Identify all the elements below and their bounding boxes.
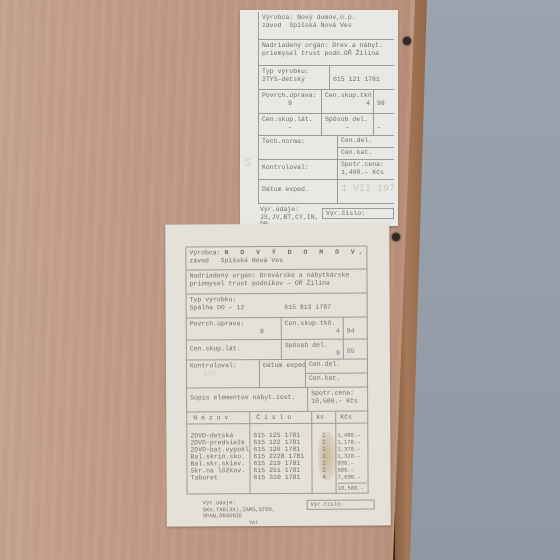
authority-label: Nadriadený orgán:	[262, 42, 328, 49]
elements-list-block: Súpis elementov nábyt.zost.	[186, 388, 308, 413]
retail-price-block: Spotr.cena: 1,400.– Kčs	[338, 160, 394, 180]
price-group-fabric-value: 4	[285, 327, 340, 335]
price-group-fabric-block: Cen.skup.tkň. 4	[322, 90, 374, 114]
delivery-extra-block: 55	[344, 340, 368, 360]
price-group-leather-value: –	[262, 124, 318, 132]
dispatch-stamp-text: 1 VII 1977	[341, 184, 394, 195]
delivery-extra: –	[377, 124, 381, 131]
product-number-label: Výr.číslo:	[311, 501, 344, 508]
price-cat-label: Cen.kat.	[341, 149, 372, 156]
price-del-block: Cen.del.	[338, 136, 394, 148]
price-group-leather-block: Cen.skup.lát.	[186, 340, 282, 361]
delivery-method-block: Spôsob del. 9	[282, 340, 344, 360]
parts-names-column: 2DVD-detská 2DVD-predsiežk 2DVD-bat.vypo…	[186, 424, 250, 494]
table-cell: Taburet	[191, 474, 247, 481]
authority-line2: priemysel trust podn.OŘ Žilina	[262, 50, 391, 58]
background-wall	[410, 0, 560, 560]
dispatch-stamp: 1 VII 1977	[338, 180, 394, 204]
surface-value: 9	[190, 328, 278, 336]
product-code-block: 615 121 1781	[330, 66, 394, 90]
price-group-fabric-value: 4	[325, 100, 370, 108]
parts-numbers-column: 615 125 1781 615 122 1781 615 126 1781 6…	[250, 424, 312, 494]
product-type-value: Spálňa DO – 12	[190, 304, 245, 311]
table-cell: 7,690.–	[338, 474, 367, 481]
plant-label: závod	[189, 257, 209, 264]
price-group-leather-label: Cen.skup.lát.	[190, 345, 241, 352]
product-type-label: Typ výrobku:	[262, 68, 326, 76]
price-group-extra-block: 94	[344, 318, 368, 340]
inspected-stamp: LIC	[190, 370, 256, 378]
price-group-extra: 98	[377, 100, 385, 107]
table-cell: 615 310 1781	[254, 474, 309, 481]
authority-block: Nadriadený orgán: Drev.a nábyt. priemyse…	[258, 40, 394, 66]
delivery-method-value: 9	[285, 349, 340, 357]
delivery-extra: 55	[347, 348, 355, 355]
dispatch-date-label: Dátum exped.	[263, 362, 306, 369]
product-data-value: JS,JV,BT,CY,IN,	[260, 214, 319, 222]
manufacturer-block: Výrobca: Nový domov,n.p. závod Spišská N…	[258, 12, 394, 40]
inspected-label: Kontroloval:	[262, 164, 309, 171]
dispatch-date-block: Dátum exped.	[260, 360, 306, 388]
bottom-mark: TAT	[249, 520, 258, 528]
price-cat-block: Cen.kat.	[306, 374, 368, 388]
manufacturer-label: Výrobca:	[189, 249, 220, 256]
elements-list-label: Súpis elementov nábyt.zost.	[190, 394, 295, 402]
screw-top	[403, 37, 411, 45]
delivery-extra-block: –	[374, 114, 394, 136]
price-group-fabric-block: Cen.skup.tkň. 4	[282, 318, 344, 340]
retail-price-value: 1,400.– Kčs	[341, 169, 391, 177]
delivery-method-block: Spôsob del. –	[322, 114, 374, 136]
plant-value: Spišská Nová Ves	[289, 22, 351, 29]
retail-price-value: 10,500.– Kčs	[311, 397, 364, 405]
delivery-method-value: –	[325, 124, 370, 132]
product-label-bottom: Výrobca: N O V Ý D O M O V,n.p. závod Sp…	[165, 223, 391, 526]
table-cell: Skr.na lôžkov.	[190, 467, 246, 474]
price-cat-label: Cen.kat.	[309, 375, 340, 382]
tech-norm-block: Tech.norma:	[258, 136, 338, 160]
dispatch-date-block: Dátum exped.	[258, 180, 338, 204]
product-number-label: Výr.číslo:	[326, 210, 365, 217]
product-code: 615 813 1787	[284, 303, 331, 310]
price-group-leather-block: Cen.skup.lát. –	[258, 114, 322, 136]
dispatch-date-label: Dátum exped.	[262, 186, 309, 193]
product-data-value2: SPAN,ORASNIE	[203, 513, 276, 520]
surface-block: Povrch.úprava: 9	[258, 90, 322, 114]
price-group-extra: 94	[347, 328, 355, 335]
parts-header-qty: ks	[312, 412, 336, 424]
manufacturer-block: Výrobca: N O V Ý D O M O V,n.p. závod Sp…	[185, 246, 367, 271]
header-number-text: Č í s l o	[256, 414, 291, 421]
authority-label: Nadriadený orgán:	[189, 272, 255, 279]
price-del-label: Cen.del.	[309, 361, 340, 368]
price-del-block: Cen.del.	[306, 360, 368, 374]
plant-value: Spišská Nová Ves	[221, 256, 283, 263]
parts-header-name: N á z o v	[186, 412, 250, 424]
product-type-value: 2TYS-detský	[262, 76, 326, 84]
inspected-block: Kontroloval: LIC	[186, 360, 260, 388]
product-number-box: Výr.číslo:	[307, 499, 375, 509]
stain-mark	[318, 432, 336, 480]
header-name-text: N á z o v	[193, 414, 228, 421]
header-price-text: Kčs	[340, 414, 352, 421]
price-del-label: Cen.del.	[341, 137, 372, 144]
screw-bottom	[392, 233, 400, 241]
authority-line1: Drevárske a nábytkárske	[260, 272, 350, 279]
surface-block: Povrch.úprava: 9	[186, 318, 282, 341]
manufacturer-value: Nový domov,n.p.	[297, 14, 356, 21]
manufacturer-value: N O V Ý D O M O V,n.p.	[224, 248, 367, 256]
surface-label: Povrch.úprava:	[262, 92, 318, 100]
inspected-block: Kontroloval:	[258, 160, 338, 180]
price-group-extra-block: 98	[374, 90, 394, 114]
manufacturer-label: Výrobca:	[262, 14, 293, 21]
side-mark: S	[244, 160, 251, 168]
product-label-top: Výrobca: Nový domov,n.p. závod Spišská N…	[240, 10, 398, 226]
product-type-block: Typ výrobku: Spálňa DO – 12615 813 1787	[186, 294, 368, 319]
product-number-box: Výr.číslo:	[322, 208, 394, 219]
price-group-leather-label: Cen.skup.lát.	[262, 116, 318, 124]
product-data-label: Výr.údaje:	[260, 206, 319, 214]
authority-block: Nadriadený orgán: Drevárske a nábytkársk…	[185, 270, 367, 295]
delivery-method-label: Spôsob del.	[325, 116, 370, 124]
price-cat-block: Cen.kat.	[338, 148, 394, 160]
parts-total: 10,500.–	[338, 483, 367, 492]
retail-price-block: Spotr.cena: 10,500.– Kčs	[308, 388, 368, 412]
product-data-block: Výr.údaje: SKV,TAB(3X),ZAMS,STOV, SPAN,O…	[203, 500, 276, 520]
tech-norm-label: Tech.norma:	[262, 138, 305, 145]
plant-label: závod	[262, 22, 282, 29]
product-code: 615 121 1781	[333, 76, 380, 83]
retail-price-label: Spotr.cena:	[341, 161, 391, 169]
price-group-fabric-label: Cen.skup.tkň.	[325, 92, 370, 100]
price-group-fabric-label: Cen.skup.tkň.	[285, 320, 340, 328]
authority-line1: Drev.a nábyt.	[332, 42, 383, 49]
header-qty-text: ks	[316, 414, 324, 421]
parts-header-number: Č í s l o	[250, 412, 312, 424]
product-type-block: Typ výrobku: 2TYS-detský	[258, 66, 330, 90]
authority-line2: priemysel trust podnikov – OŘ Žilina	[190, 279, 364, 287]
parts-price-column: 1,480.– 1,170.– 1,370.– 1,320.– 930.– 58…	[336, 424, 368, 494]
surface-value: 9	[262, 100, 318, 108]
parts-header-price: Kčs	[336, 412, 368, 424]
